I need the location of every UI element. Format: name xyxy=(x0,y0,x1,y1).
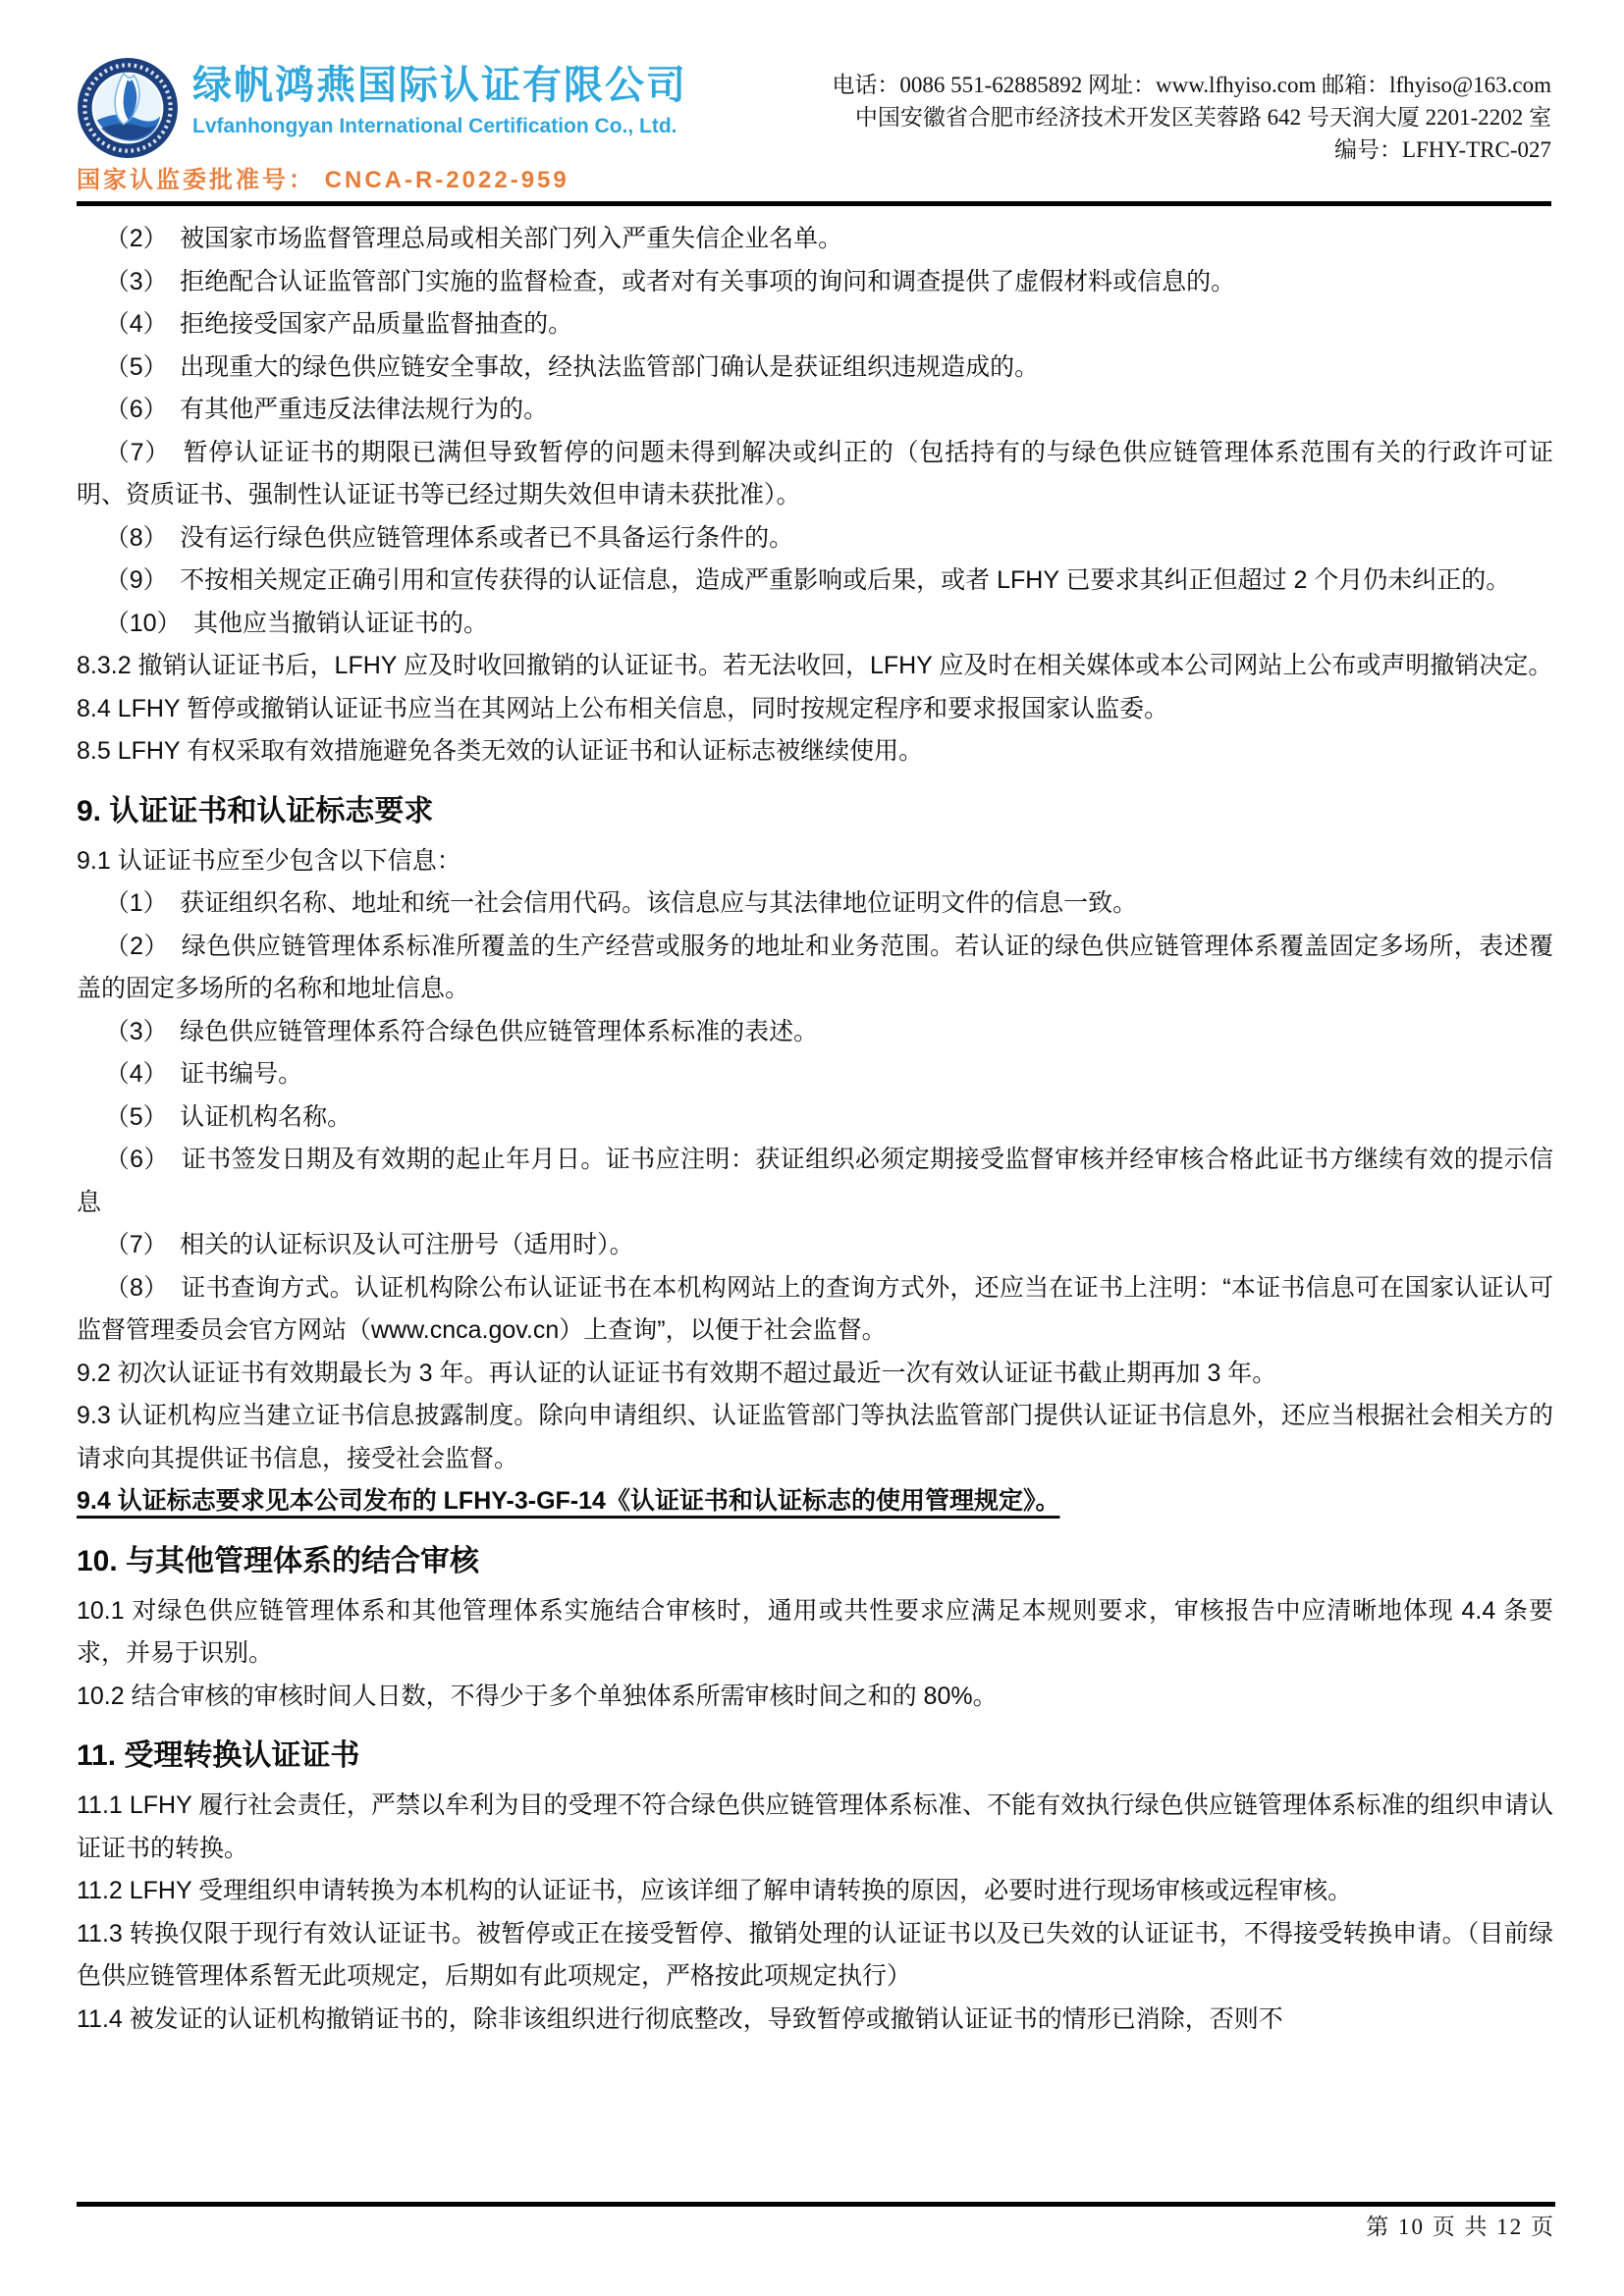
contact-line-phone-web-email: 电话：0086 551-62885892 网址：www.lfhyiso.com … xyxy=(832,69,1551,101)
paragraph: （6） 证书签发日期及有效期的起止年月日。证书应注明：获证组织必须定期接受监督审… xyxy=(77,1139,1553,1224)
brand-block: 绿帆鸿燕国际认证有限公司 Lvfanhongyan International … xyxy=(77,51,687,159)
company-name-en: Lvfanhongyan International Certification… xyxy=(192,112,687,141)
paragraph: （7） 暂停认证证书的期限已满但导致暂停的问题未得到解决或纠正的（包括持有的与绿… xyxy=(77,432,1553,517)
paragraph: 9.2 初次认证证书有效期最长为 3 年。再认证的认证证书有效期不超过最近一次有… xyxy=(77,1353,1553,1396)
paragraph: （1） 获证组织名称、地址和统一社会信用代码。该信息应与其法律地位证明文件的信息… xyxy=(77,882,1553,926)
paragraph: （8） 没有运行绿色供应链管理体系或者已不具备运行条件的。 xyxy=(77,517,1553,561)
company-logo-icon xyxy=(77,57,179,159)
section-heading: 10. 与其他管理体系的结合审核 xyxy=(77,1537,1553,1586)
paragraph: （5） 认证机构名称。 xyxy=(77,1096,1553,1140)
page-footer: 第 10 页 共 12 页 xyxy=(77,2202,1555,2244)
paragraph: 8.5 LFHY 有权采取有效措施避免各类无效的认证证书和认证标志被继续使用。 xyxy=(77,730,1553,774)
footer-divider xyxy=(77,2202,1555,2207)
paragraph: 10.2 结合审核的审核时间人日数，不得少于多个单独体系所需审核时间之和的 80… xyxy=(77,1676,1553,1719)
company-name-zh: 绿帆鸿燕国际认证有限公司 xyxy=(192,61,687,110)
paragraph: （3） 拒绝配合认证监管部门实施的监督检查，或者对有关事项的询问和调查提供了虚假… xyxy=(77,261,1553,304)
paragraph: （9） 不按相关规定正确引用和宣传获得的认证信息，造成严重影响或后果，或者 LF… xyxy=(77,560,1553,603)
paragraph: 11.3 转换仅限于现行有效认证证书。被暂停或正在接受暂停、撤销处理的认证证书以… xyxy=(77,1913,1553,1999)
paragraph: （4） 拒绝接受国家产品质量监督抽查的。 xyxy=(77,303,1553,347)
paragraph: 11.4 被发证的认证机构撤销证书的，除非该组织进行彻底整改，导致暂停或撤销认证… xyxy=(77,1999,1553,2042)
paragraph: （5） 出现重大的绿色供应链安全事故，经执法监管部门确认是获证组织违规造成的。 xyxy=(77,347,1553,390)
paragraph: （4） 证书编号。 xyxy=(77,1053,1553,1096)
contact-line-address: 中国安徽省合肥市经济技术开发区芙蓉路 642 号天润大厦 2201-2202 室 xyxy=(832,101,1551,133)
paragraph: （3） 绿色供应链管理体系符合绿色供应链管理体系标准的表述。 xyxy=(77,1011,1553,1054)
page-number: 第 10 页 共 12 页 xyxy=(77,2211,1555,2244)
paragraph: 11.1 LFHY 履行社会责任，严禁以牟利为目的受理不符合绿色供应链管理体系标… xyxy=(77,1785,1553,1870)
section-heading: 9. 认证证书和认证标志要求 xyxy=(77,787,1553,836)
paragraph: 9.4 认证标志要求见本公司发布的 LFHY-3-GF-14《认证证书和认证标志… xyxy=(77,1480,1553,1523)
paragraph: 8.3.2 撤销认证证书后，LFHY 应及时收回撤销的认证证书。若无法收回，LF… xyxy=(77,645,1553,688)
paragraph: （2） 绿色供应链管理体系标准所覆盖的生产经营或服务的地址和业务范围。若认证的绿… xyxy=(77,926,1553,1011)
document-body: （2） 被国家市场监督管理总局或相关部门列入严重失信企业名单。（3） 拒绝配合认… xyxy=(0,206,1624,2041)
document-page: 绿帆鸿燕国际认证有限公司 Lvfanhongyan International … xyxy=(0,0,1624,2296)
contact-block: 电话：0086 551-62885892 网址：www.lfhyiso.com … xyxy=(832,69,1551,166)
document-number: 编号：LFHY-TRC-027 xyxy=(832,133,1551,166)
paragraph: （2） 被国家市场监督管理总局或相关部门列入严重失信企业名单。 xyxy=(77,218,1553,261)
paragraph: 8.4 LFHY 暂停或撤销认证证书应当在其网站上公布相关信息，同时按规定程序和… xyxy=(77,688,1553,731)
paragraph: （10） 其他应当撤销认证证书的。 xyxy=(77,603,1553,646)
paragraph: 10.1 对绿色供应链管理体系和其他管理体系实施结合审核时，通用或共性要求应满足… xyxy=(77,1590,1553,1676)
paragraph: 11.2 LFHY 受理组织申请转换为本机构的认证证书，应该详细了解申请转换的原… xyxy=(77,1870,1553,1913)
page-header: 绿帆鸿燕国际认证有限公司 Lvfanhongyan International … xyxy=(0,0,1624,206)
paragraph: （6） 有其他严重违反法律法规行为的。 xyxy=(77,389,1553,432)
paragraph: （8） 证书查询方式。认证机构除公布认证证书在本机构网站上的查询方式外，还应当在… xyxy=(77,1267,1553,1353)
section-heading: 11. 受理转换认证证书 xyxy=(77,1732,1553,1781)
paragraph: （7） 相关的认证标识及认可注册号（适用时）。 xyxy=(77,1224,1553,1267)
paragraph: 9.3 认证机构应当建立证书信息披露制度。除向申请组织、认证监管部门等执法监管部… xyxy=(77,1395,1553,1480)
cnca-approval-number: 国家认监委批准号： CNCA-R-2022-959 xyxy=(77,166,1551,195)
paragraph: 9.1 认证证书应至少包含以下信息： xyxy=(77,840,1553,883)
